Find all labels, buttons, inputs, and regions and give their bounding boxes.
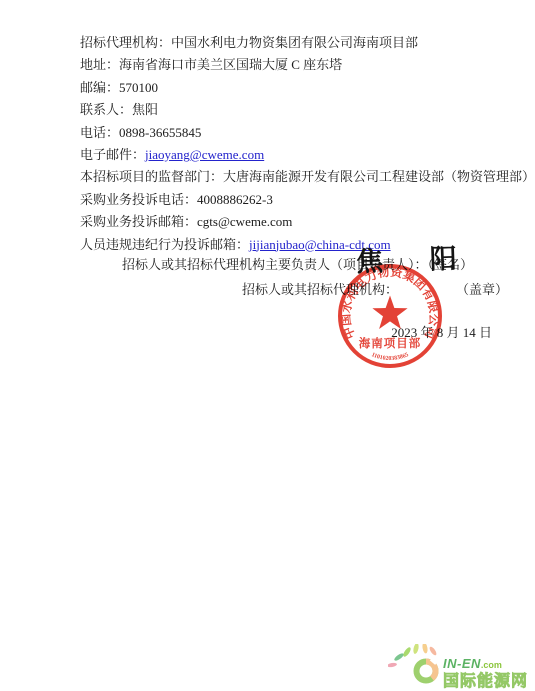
complaint-email-text: 采购业务投诉邮箱：cgts@cweme.com <box>80 214 292 229</box>
contact-person-line: 联系人：焦阳 <box>80 99 515 121</box>
address-line: 地址：海南省海口市美兰区国瑞大厦 C 座东塔 <box>80 54 515 76</box>
watermark-site-name: 国际能源网 <box>443 674 528 690</box>
company-seal-stamp: 中国水利电力物资集团有限公司 海南项目部 1101020383865 <box>336 262 444 370</box>
email-link[interactable]: jiaoyang@cweme.com <box>145 147 264 162</box>
tender-contact-info: 招标代理机构：中国水利电力物资集团有限公司海南项目部 地址：海南省海口市美兰区国… <box>80 32 515 256</box>
email-label: 电子邮件： <box>80 147 145 162</box>
contact-person-text: 联系人：焦阳 <box>80 102 158 117</box>
complaint-phone-text: 采购业务投诉电话：4008886262-3 <box>80 192 273 207</box>
phone-line: 电话：0898-36655845 <box>80 122 515 144</box>
email-line: 电子邮件：jiaoyang@cweme.com <box>80 144 515 166</box>
in-en-watermark: IN-EN.com 国际能源网 <box>388 644 528 690</box>
phone-text: 电话：0898-36655845 <box>80 125 201 140</box>
address-text: 地址：海南省海口市美兰区国瑞大厦 C 座东塔 <box>80 57 342 72</box>
document-page: 招标代理机构：中国水利电力物资集团有限公司海南项目部 地址：海南省海口市美兰区国… <box>0 0 535 691</box>
org-seal-line: 招标人或其招标代理机构：（盖章） <box>242 281 508 299</box>
agency-line: 招标代理机构：中国水利电力物资集团有限公司海南项目部 <box>80 32 515 54</box>
watermark-tld: .com <box>481 660 502 670</box>
watermark-brand: IN-EN <box>443 656 481 671</box>
org-label: 招标人或其招标代理机构： <box>242 282 398 297</box>
agency-text: 招标代理机构：中国水利电力物资集团有限公司海南项目部 <box>80 35 418 50</box>
violation-email-label: 人员违规违纪行为投诉邮箱： <box>80 237 249 252</box>
handwritten-signature: 焦 阳 <box>355 236 477 279</box>
postcode-text: 邮编：570100 <box>80 80 158 95</box>
seal-suffix: （盖章） <box>456 282 508 297</box>
watermark-text: IN-EN.com 国际能源网 <box>443 644 528 690</box>
complaint-phone-line: 采购业务投诉电话：4008886262-3 <box>80 189 515 211</box>
seal-serial-text: 1101020383865 <box>370 352 409 362</box>
flower-sun-logo-icon <box>388 644 440 690</box>
complaint-email-line: 采购业务投诉邮箱：cgts@cweme.com <box>80 211 515 233</box>
supervisor-line: 本招标项目的监督部门：大唐海南能源开发有限公司工程建设部（物资管理部） <box>80 166 515 188</box>
postcode-line: 邮编：570100 <box>80 77 515 99</box>
document-date: 2023 年 8 月 14 日 <box>0 322 492 341</box>
supervisor-text: 本招标项目的监督部门：大唐海南能源开发有限公司工程建设部（物资管理部） <box>80 169 535 184</box>
